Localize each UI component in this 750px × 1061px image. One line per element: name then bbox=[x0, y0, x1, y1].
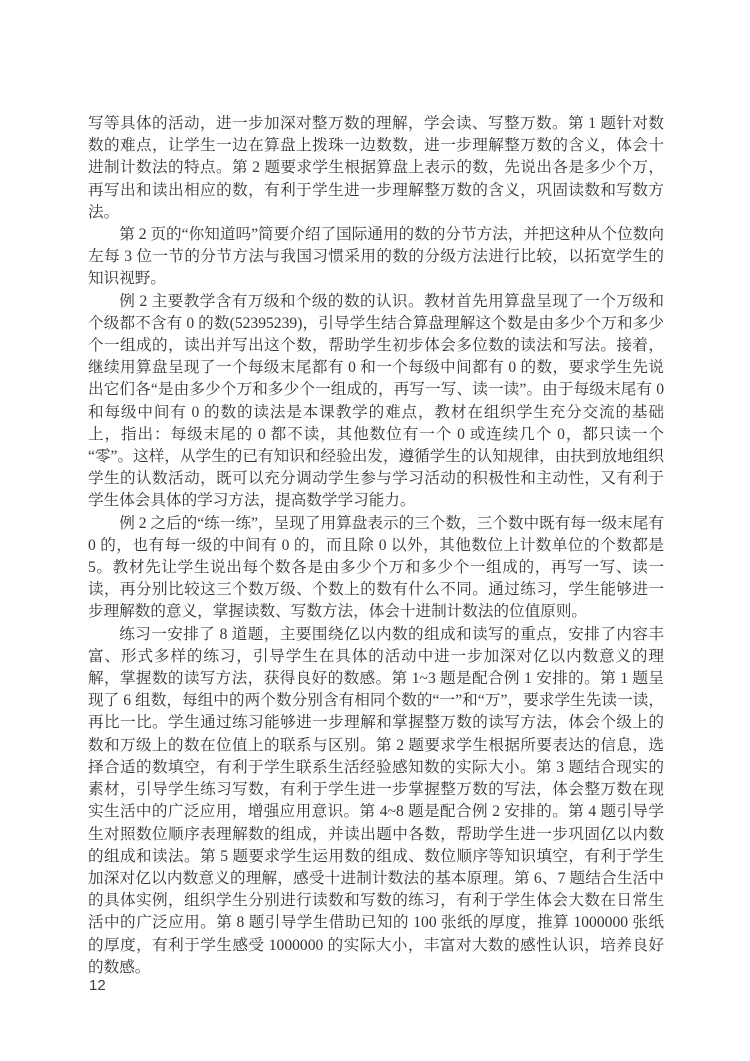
paragraph: 练习一安排了 8 道题，主要围绕亿以内数的组成和读写的重点，安排了内容丰富、形式… bbox=[88, 624, 664, 979]
book-page: 写等具体的活动，进一步加深对整万数的理解，学会读、写整万数。第 1 题针对数数的… bbox=[0, 0, 750, 1061]
paragraph: 第 2 页的“你知道吗”简要介绍了国际通用的数的分节方法，并把这种从个位数向左每… bbox=[88, 224, 664, 291]
paragraph: 写等具体的活动，进一步加深对整万数的理解，学会读、写整万数。第 1 题针对数数的… bbox=[88, 113, 664, 224]
text-column: 写等具体的活动，进一步加深对整万数的理解，学会读、写整万数。第 1 题针对数数的… bbox=[88, 113, 664, 979]
page-number: 12 bbox=[89, 977, 106, 995]
paragraph: 例 2 之后的“练一练”，呈现了用算盘表示的三个数，三个数中既有每一级末尾有 0… bbox=[88, 513, 664, 624]
paragraph: 例 2 主要教学含有万级和个级的数的认识。教材首先用算盘呈现了一个万级和个级都不… bbox=[88, 291, 664, 513]
